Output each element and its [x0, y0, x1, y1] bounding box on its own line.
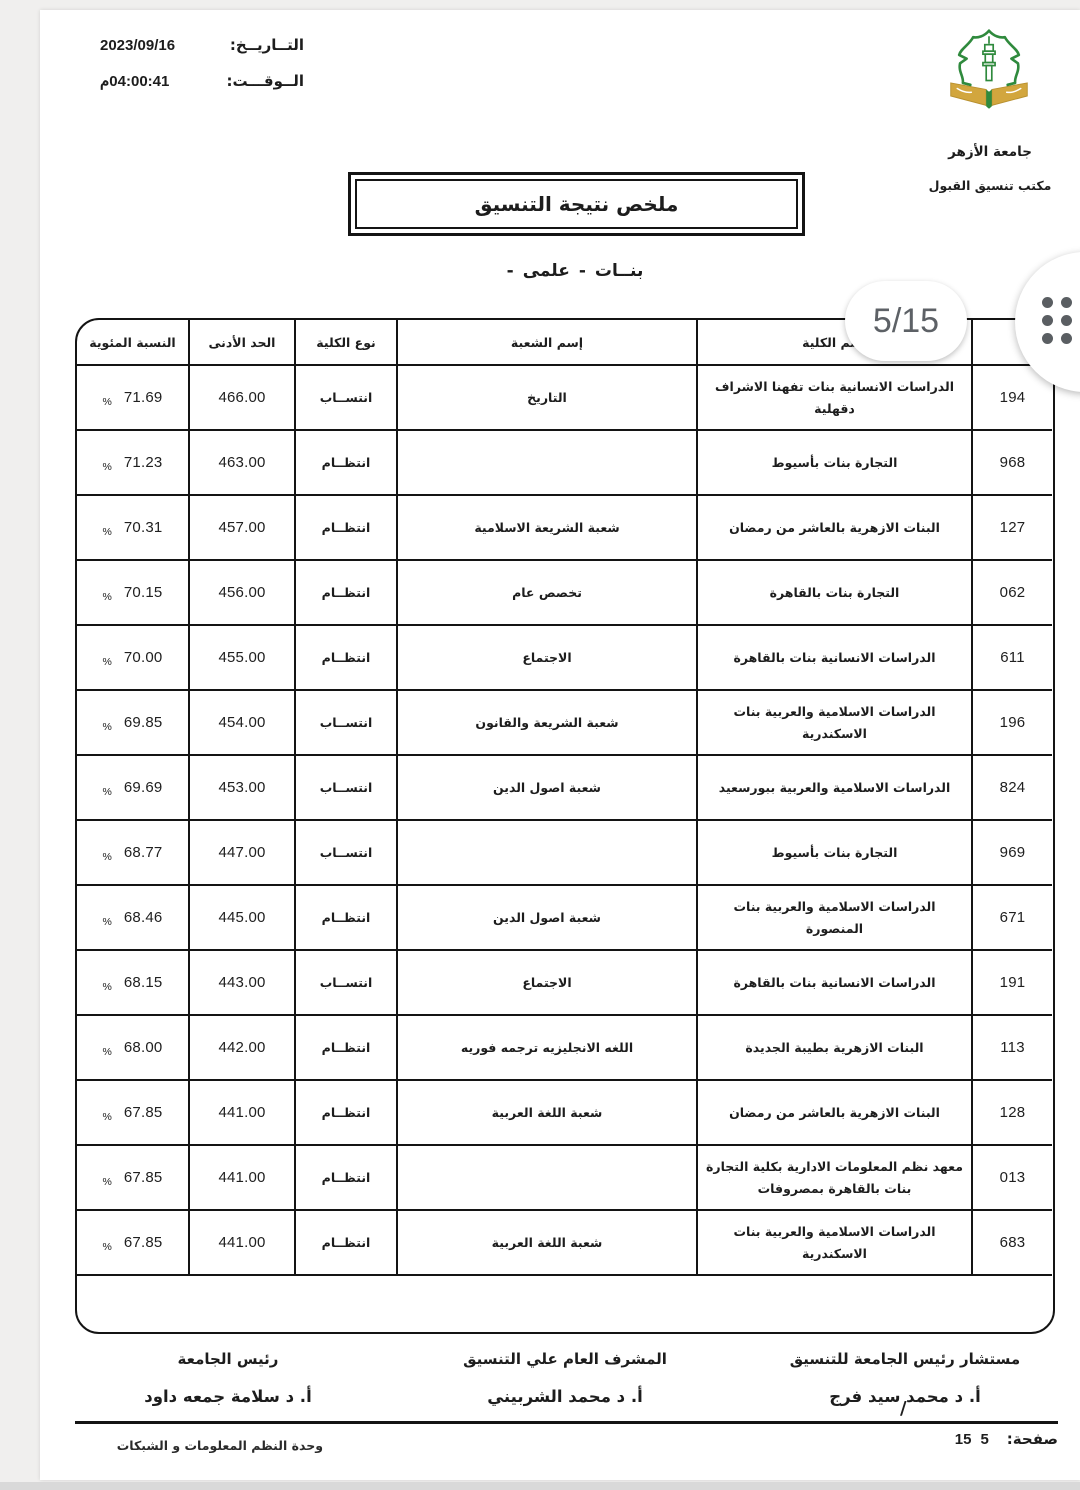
percent-sign: %: [103, 981, 112, 993]
table-row: 969 التجارة بنات بأسيوط انتســاب 447.00 …: [77, 820, 1052, 885]
cell-division: التاريخ: [397, 365, 697, 430]
table-row: 611 الدراسات الانسانية بنات بالقاهرة الا…: [77, 625, 1052, 690]
cell-percentage: % 68.15: [77, 950, 189, 1015]
percent-sign: %: [103, 656, 112, 668]
cell-minimum: 447.00: [189, 820, 295, 885]
percentage-value: 67.85: [124, 1104, 163, 1121]
header-type: نوع الكلية: [295, 320, 397, 365]
percent-sign: %: [103, 851, 112, 863]
cell-code: 969: [972, 820, 1052, 885]
cell-minimum: 441.00: [189, 1145, 295, 1210]
cell-college: البنات الازهرية بطيبة الجديدة: [697, 1015, 972, 1080]
percent-sign: %: [103, 461, 112, 473]
cell-code: 128: [972, 1080, 1052, 1145]
percentage-value: 68.77: [124, 844, 163, 861]
percentage-value: 68.46: [124, 909, 163, 926]
percentage-value: 71.69: [124, 389, 163, 406]
date-row: التــاريــخ: 2023/09/16: [100, 36, 304, 54]
page-number-block: صفحة: 5 15: [898, 1430, 1058, 1448]
cell-college: الدراسات الانسانية بنات بالقاهرة: [697, 950, 972, 1015]
dots-menu-icon: [1042, 297, 1072, 344]
percentage-value: 70.00: [124, 649, 163, 666]
subtitle-part: بنــات: [595, 261, 643, 281]
cell-college: الدراسات الاسلامية والعربية ببورسعيد: [697, 755, 972, 820]
cell-college: الدراسات الاسلامية والعربية بنات الاسكند…: [697, 1210, 972, 1275]
cell-division: [397, 820, 697, 885]
cell-division: شعبة الشريعة الاسلامية: [397, 495, 697, 560]
table-row: 196 الدراسات الاسلامية والعربية بنات الا…: [77, 690, 1052, 755]
cell-minimum: 445.00: [189, 885, 295, 950]
cell-college: الدراسات الانسانية بنات تفهنا الاشراف دق…: [697, 365, 972, 430]
cell-code: 191: [972, 950, 1052, 1015]
results-table: إسم الكلية إسم الشعبة نوع الكلية الحد ال…: [77, 320, 1052, 1276]
title-box: ملخص نتيجة التنسيق: [348, 172, 805, 236]
signature-title: رئيس الجامعة: [78, 1350, 378, 1368]
subtitle-part: -: [507, 261, 514, 281]
cell-percentage: % 69.69: [77, 755, 189, 820]
cell-percentage: % 71.69: [77, 365, 189, 430]
cell-code: 968: [972, 430, 1052, 495]
cell-code: 062: [972, 560, 1052, 625]
cell-type: انتســاب: [295, 690, 397, 755]
cell-division: اللغه الانجليزيه ترجمه فوريه: [397, 1015, 697, 1080]
date-time-block: التــاريــخ: 2023/09/16 الــوقـــت: 04:0…: [100, 36, 304, 108]
cell-minimum: 454.00: [189, 690, 295, 755]
document-viewer: { "meta": { "date_label": "التــاريــخ:"…: [0, 0, 1080, 1490]
percent-sign: %: [103, 591, 112, 603]
cell-college: الدراسات الانسانية بنات بالقاهرة: [697, 625, 972, 690]
header-percentage: النسبة المئوية: [77, 320, 189, 365]
cell-division: تخصص عام: [397, 560, 697, 625]
cell-college: الدراسات الاسلامية والعربية بنات المنصور…: [697, 885, 972, 950]
cell-division: [397, 1145, 697, 1210]
cell-code: 013: [972, 1145, 1052, 1210]
table-row: 127 البنات الازهرية بالعاشر من رمضان شعب…: [77, 495, 1052, 560]
time-value: 04:00:41م: [100, 72, 169, 90]
table-row: 013 معهد نظم المعلومات الادارية بكلية ال…: [77, 1145, 1052, 1210]
footer-divider: [75, 1421, 1058, 1424]
cell-type: انتســاب: [295, 820, 397, 885]
cell-college: الدراسات الاسلامية والعربية بنات الاسكند…: [697, 690, 972, 755]
cell-percentage: % 68.46: [77, 885, 189, 950]
cell-percentage: % 68.77: [77, 820, 189, 885]
percentage-value: 68.00: [124, 1039, 163, 1056]
cell-division: الاجتماع: [397, 625, 697, 690]
cell-code: 683: [972, 1210, 1052, 1275]
cell-type: انتظــام: [295, 1015, 397, 1080]
percent-sign: %: [103, 1241, 112, 1253]
cell-percentage: % 68.00: [77, 1015, 189, 1080]
percentage-value: 70.31: [124, 519, 163, 536]
cell-percentage: % 70.15: [77, 560, 189, 625]
cell-percentage: % 71.23: [77, 430, 189, 495]
alazhar-logo: [933, 26, 1045, 138]
percent-sign: %: [103, 1176, 112, 1188]
cell-college: التجارة بنات بأسيوط: [697, 430, 972, 495]
table-row: 671 الدراسات الاسلامية والعربية بنات الم…: [77, 885, 1052, 950]
cell-division: شعبة الشريعة والقانون: [397, 690, 697, 755]
cell-minimum: 441.00: [189, 1210, 295, 1275]
cell-division: شعبة اللغة العربية: [397, 1080, 697, 1145]
cell-type: انتظــام: [295, 625, 397, 690]
page-total: 15: [955, 1431, 972, 1448]
cell-type: انتســاب: [295, 755, 397, 820]
table-row: 194 الدراسات الانسانية بنات تفهنا الاشرا…: [77, 365, 1052, 430]
cell-percentage: % 69.85: [77, 690, 189, 755]
cell-division: شعبة اللغة العربية: [397, 1210, 697, 1275]
office-name: مكتب تنسيق القبول: [900, 178, 1080, 193]
percentage-value: 69.69: [124, 779, 163, 796]
signature-general-supervisor: المشرف العام علي التنسيق أ. د محمد الشرب…: [415, 1350, 715, 1406]
cell-minimum: 466.00: [189, 365, 295, 430]
page-indicator-pill: 5/15: [845, 281, 967, 361]
cell-type: انتظــام: [295, 1210, 397, 1275]
cell-minimum: 442.00: [189, 1015, 295, 1080]
percentage-value: 70.15: [124, 584, 163, 601]
results-table-frame: إسم الكلية إسم الشعبة نوع الكلية الحد ال…: [75, 318, 1055, 1334]
cell-minimum: 443.00: [189, 950, 295, 1015]
section-subtitle: - علمى - بنــات: [430, 261, 720, 281]
table-body: 194 الدراسات الانسانية بنات تفهنا الاشرا…: [77, 365, 1052, 1275]
cell-college: التجارة بنات بالقاهرة: [697, 560, 972, 625]
cell-code: 824: [972, 755, 1052, 820]
cell-percentage: % 70.00: [77, 625, 189, 690]
table-row: 968 التجارة بنات بأسيوط انتظــام 463.00 …: [77, 430, 1052, 495]
subtitle-part: علمى: [523, 261, 570, 281]
page-title: ملخص نتيجة التنسيق: [355, 179, 798, 229]
cell-type: انتســاب: [295, 950, 397, 1015]
percent-sign: %: [103, 1111, 112, 1123]
cell-type: انتظــام: [295, 430, 397, 495]
cell-college: معهد نظم المعلومات الادارية بكلية التجار…: [697, 1145, 972, 1210]
cell-percentage: % 67.85: [77, 1080, 189, 1145]
header-division: إسم الشعبة: [397, 320, 697, 365]
table-row: 683 الدراسات الاسلامية والعربية بنات الا…: [77, 1210, 1052, 1275]
cell-minimum: 453.00: [189, 755, 295, 820]
signature-name: أ. د سلامة جمعه داود: [78, 1387, 378, 1406]
cell-minimum: 463.00: [189, 430, 295, 495]
it-unit-label: وحدة النظم المعلومات و الشبكات: [63, 1438, 323, 1453]
page-current: 5: [980, 1431, 988, 1448]
cell-college: التجارة بنات بأسيوط: [697, 820, 972, 885]
table-row: 128 البنات الازهرية بالعاشر من رمضان شعب…: [77, 1080, 1052, 1145]
percentage-value: 69.85: [124, 714, 163, 731]
alazhar-emblem-icon: [933, 26, 1045, 138]
cell-type: انتظــام: [295, 560, 397, 625]
cell-code: 196: [972, 690, 1052, 755]
cell-code: 127: [972, 495, 1052, 560]
percent-sign: %: [103, 396, 112, 408]
cell-division: شعبة اصول الدين: [397, 885, 697, 950]
percent-sign: %: [103, 916, 112, 928]
percentage-value: 68.15: [124, 974, 163, 991]
cell-division: الاجتماع: [397, 950, 697, 1015]
cell-minimum: 455.00: [189, 625, 295, 690]
signature-title: مستشار رئيس الجامعة للتنسيق: [755, 1350, 1055, 1368]
table-row: 062 التجارة بنات بالقاهرة تخصص عام انتظـ…: [77, 560, 1052, 625]
university-name: جامعة الأزهر: [900, 144, 1080, 160]
cell-code: 611: [972, 625, 1052, 690]
table-row: 113 البنات الازهرية بطيبة الجديدة اللغه …: [77, 1015, 1052, 1080]
viewport-bottom-strip: [0, 1482, 1080, 1490]
cell-minimum: 441.00: [189, 1080, 295, 1145]
cell-college: البنات الازهرية بالعاشر من رمضان: [697, 1080, 972, 1145]
cell-percentage: % 70.31: [77, 495, 189, 560]
percent-sign: %: [103, 1046, 112, 1058]
cell-college: البنات الازهرية بالعاشر من رمضان: [697, 495, 972, 560]
time-label: الــوقـــت:: [226, 72, 304, 90]
cell-minimum: 457.00: [189, 495, 295, 560]
cell-type: انتظــام: [295, 495, 397, 560]
date-label: التــاريــخ:: [230, 36, 304, 54]
signature-name: أ. د محمد الشربيني: [415, 1387, 715, 1406]
date-value: 2023/09/16: [100, 37, 175, 54]
signature-title: المشرف العام علي التنسيق: [415, 1350, 715, 1368]
cell-percentage: % 67.85: [77, 1145, 189, 1210]
cell-type: انتظــام: [295, 885, 397, 950]
cell-division: شعبة اصول الدين: [397, 755, 697, 820]
cell-code: 671: [972, 885, 1052, 950]
signature-university-president: رئيس الجامعة أ. د سلامة جمعه داود: [78, 1350, 378, 1406]
table-row: 191 الدراسات الانسانية بنات بالقاهرة الا…: [77, 950, 1052, 1015]
cell-type: انتظــام: [295, 1080, 397, 1145]
page-label: صفحة:: [1007, 1430, 1058, 1448]
percent-sign: %: [103, 721, 112, 733]
cell-minimum: 456.00: [189, 560, 295, 625]
percentage-value: 67.85: [124, 1169, 163, 1186]
cell-type: انتظــام: [295, 1145, 397, 1210]
time-row: الــوقـــت: 04:00:41م: [100, 72, 304, 90]
cell-type: انتســاب: [295, 365, 397, 430]
cell-division: [397, 430, 697, 495]
cell-percentage: % 67.85: [77, 1210, 189, 1275]
header-minimum: الحد الأدنى: [189, 320, 295, 365]
percent-sign: %: [103, 786, 112, 798]
percentage-value: 67.85: [124, 1234, 163, 1251]
subtitle-part: -: [579, 261, 586, 281]
cell-code: 113: [972, 1015, 1052, 1080]
percentage-value: 71.23: [124, 454, 163, 471]
table-row: 824 الدراسات الاسلامية والعربية ببورسعيد…: [77, 755, 1052, 820]
handwritten-mark: /: [900, 1398, 907, 1419]
percent-sign: %: [103, 526, 112, 538]
